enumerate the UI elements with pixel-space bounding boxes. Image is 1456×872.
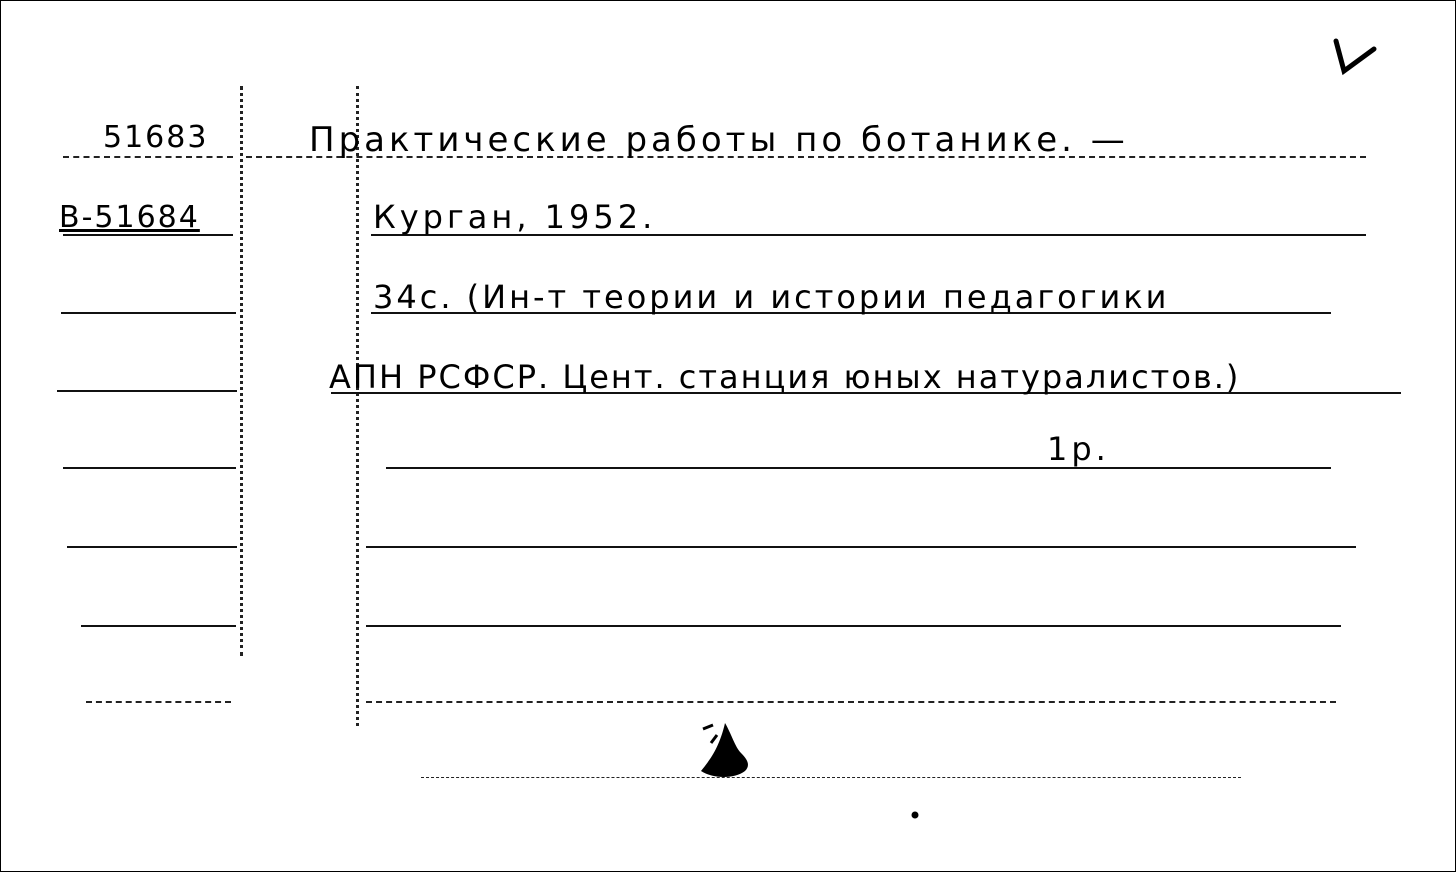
imprint-line: Курган, 1952.: [373, 201, 656, 233]
corner-checkmark-icon: [1326, 31, 1386, 81]
price-underline: [386, 467, 1331, 469]
right-margin-rule: [356, 86, 359, 726]
title-line: Практические работы по ботанике. —: [309, 123, 1129, 157]
call-number-underline-1: [63, 156, 233, 158]
description-line-2: АПН РСФСР. Цент. станция юных натуралист…: [329, 361, 1240, 393]
left-margin-rule: [240, 86, 243, 656]
left-rule-5: [63, 467, 236, 469]
call-number-secondary: В-51684: [59, 203, 200, 233]
left-rule-4: [57, 390, 237, 392]
left-rule-6: [67, 546, 237, 548]
catalog-card: 51683 В-51684 Практические работы по бот…: [0, 0, 1456, 872]
left-rule-8: [86, 701, 231, 703]
description-line-1: 34с. (Ин-т теории и истории педагогики: [373, 281, 1169, 313]
body-rule-7: [366, 625, 1341, 627]
ink-dot-icon: [910, 810, 920, 820]
left-rule-3: [61, 312, 236, 314]
ink-blot-icon: [689, 719, 759, 783]
left-rule-7: [81, 625, 236, 627]
bottom-dotted-rule: [421, 777, 1241, 778]
body-rule-6: [366, 546, 1356, 548]
body-rule-8: [366, 701, 1336, 703]
call-number-primary: 51683: [103, 123, 208, 153]
price: 1р.: [1047, 433, 1110, 465]
